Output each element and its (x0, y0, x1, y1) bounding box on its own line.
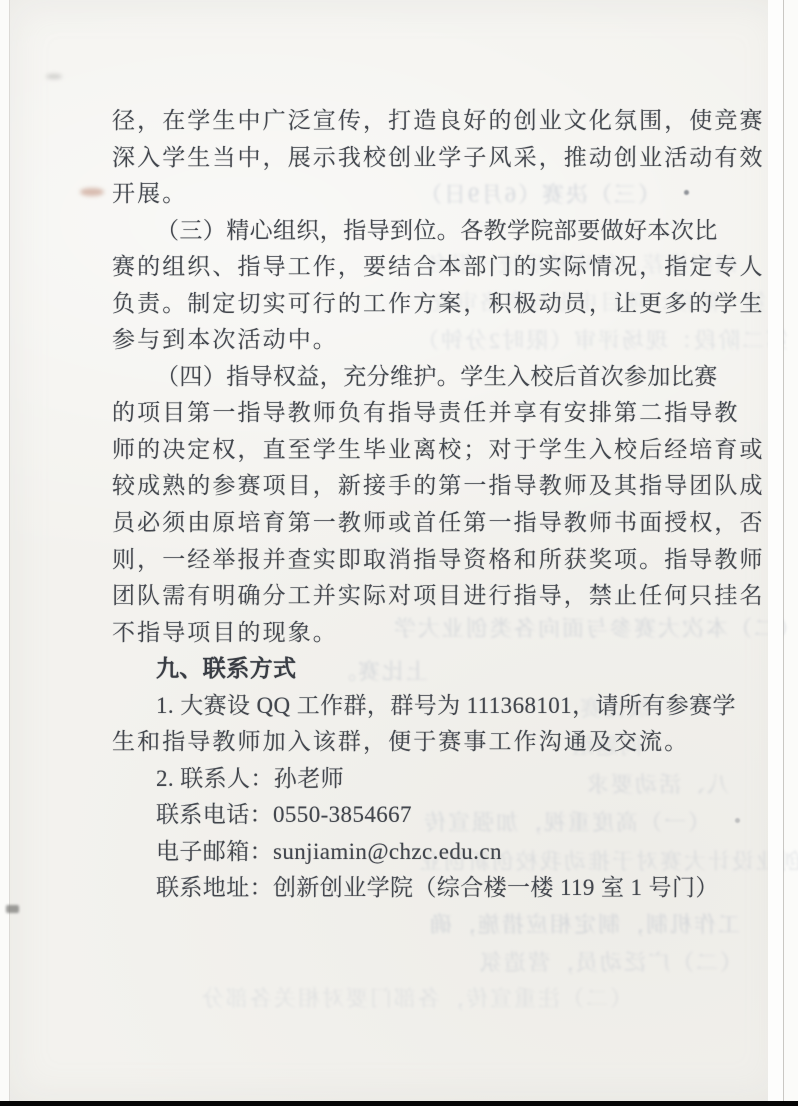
text-line: 较成熟的参赛项目，新接手的第一指导教师及其指导团队成 (112, 468, 737, 505)
text-line: 负责。制定切实可行的工作方案，积极动员，让更多的学生 (112, 286, 737, 323)
text-line: 生和指导教师加入该群，便于赛事工作沟通及交流。 (112, 724, 737, 761)
scan-speck (80, 188, 104, 196)
text-line: 的项目第一指导教师负有指导责任并享有安排第二指导教 (112, 395, 737, 432)
bleedthrough-text: 工作机制，制定相应措施，确 (428, 908, 740, 939)
text-line: 员必须由原培育第一教师或首任第一指导教师书面授权，否 (112, 505, 737, 542)
paper-sheet: （三）决赛（6月9日） 组织推荐，经审核后统一报名 第一阶段：项目申报与资格审查… (9, 0, 784, 1101)
scan-bottom-bar (0, 1101, 798, 1106)
bleedthrough-text: （二）广泛动员，营造氛 (478, 946, 742, 977)
text-line: 径，在学生中广泛宣传，打造良好的创业文化氛围，使竞赛 (112, 103, 737, 140)
text-line: 不指导项目的现象。 (112, 615, 737, 652)
text-line: 参与到本次活动中。 (112, 322, 737, 359)
text-line: 深入学生当中，展示我校创业学子风采，推动创业活动有效 (112, 140, 737, 177)
scanned-page: （三）决赛（6月9日） 组织推荐，经审核后统一报名 第一阶段：项目申报与资格审查… (0, 0, 798, 1106)
text-line: （三）精心组织，指导到位。各教学院部要做好本次比 (112, 213, 737, 250)
scan-speck (6, 905, 19, 913)
text-line: 团队需有明确分工并实际对项目进行指导，禁止任何只挂名 (112, 578, 737, 615)
text-line: 赛的组织、指导工作，要结合本部门的实际情况，指定专人 (112, 249, 737, 286)
contact-email-line: 电子邮箱：sunjiamin@chzc.edu.cn (112, 834, 737, 871)
text-line: 开展。 (112, 176, 737, 213)
text-line: 师的决定权，直至学生毕业离校；对于学生入校后经培育或 (112, 432, 737, 469)
contact-person-line: 2. 联系人：孙老师 (112, 761, 737, 798)
document-body: 径，在学生中广泛宣传，打造良好的创业文化氛围，使竞赛 深入学生当中，展示我校创业… (112, 103, 737, 907)
text-line: 1. 大赛设 QQ 工作群，群号为 111368101，请所有参赛学 (112, 688, 737, 725)
text-line: （四）指导权益，充分维护。学生入校后首次参加比赛 (112, 359, 737, 396)
contact-phone-line: 联系电话：0550-3854667 (112, 797, 737, 834)
text-line: 则，一经举报并查实即取消指导资格和所获奖项。指导教师 (112, 542, 737, 579)
scan-speck (46, 74, 62, 79)
bleedthrough-text: （二）注重宣传，各部门要对相关各部分 (200, 982, 632, 1013)
contact-address-line: 联系地址：创新创业学院（综合楼一楼 119 室 1 号门） (112, 870, 737, 907)
section-heading: 九、联系方式 (112, 651, 737, 688)
scanner-gutter (768, 0, 783, 1101)
